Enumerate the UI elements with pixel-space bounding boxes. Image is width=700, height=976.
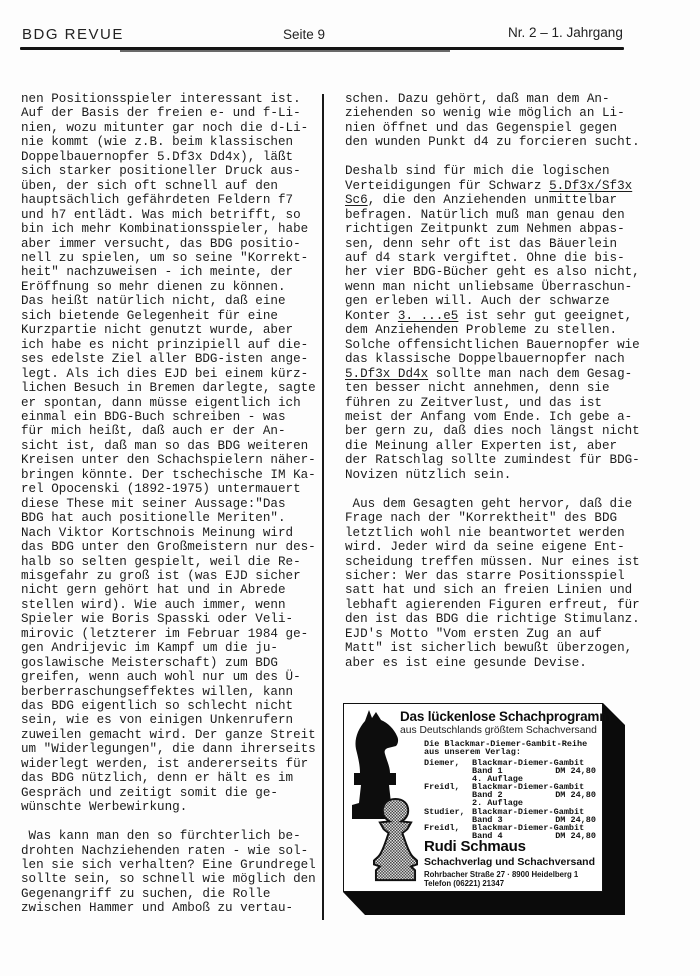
book-author: Freidl, (424, 783, 472, 807)
article-left-column: nen Positionsspieler interessant ist. Au… (21, 92, 316, 916)
book-row: Freidl, Blackmar-Diemer-Gambit Band 2DM … (424, 783, 600, 807)
ad-subtitle: aus Deutschlands größtem Schachversand (400, 725, 597, 736)
pawn-icon (368, 796, 423, 884)
scanned-magazine-page: BDG REVUE Seite 9 Nr. 2 – 1. Jahrgang ne… (0, 0, 700, 976)
book-author: Diemer, (424, 759, 472, 783)
header-rule-overprint (120, 50, 450, 52)
book-list: Diemer, Blackmar-Diemer-Gambit Band 1DM … (424, 759, 600, 840)
ad-title: Das lückenlose Schachprogramm (400, 709, 611, 724)
publisher-name: Rudi Schmaus (424, 838, 526, 855)
publisher-address: Rohrbacher Straße 27 · 8900 Heidelberg 1 (424, 870, 578, 879)
book-price: DM 24,80 (555, 832, 596, 840)
advertisement-box: Das lückenlose Schachprogramm aus Deutsc… (343, 703, 627, 918)
column-divider-rule (322, 94, 324, 920)
journal-title: BDG REVUE (22, 26, 124, 43)
book-price: DM 24,80 (555, 791, 596, 799)
book-author: Studier, (424, 808, 472, 824)
book-row: Studier, Blackmar-Diemer-Gambit Band 3DM… (424, 808, 600, 824)
book-price: DM 24,80 (555, 767, 596, 775)
publisher-subtitle: Schachverlag und Schachversand (424, 856, 595, 868)
publisher-phone: Telefon (06221) 21347 (424, 879, 504, 888)
article-right-column: schen. Dazu gehört, daß man dem An- zieh… (345, 92, 640, 670)
ad-series-intro: Die Blackmar-Diemer-Gambit-Reihe aus uns… (424, 740, 587, 756)
page-number: Seite 9 (283, 27, 325, 42)
book-row: Diemer, Blackmar-Diemer-Gambit Band 1DM … (424, 759, 600, 783)
issue-number: Nr. 2 – 1. Jahrgang (508, 25, 623, 40)
